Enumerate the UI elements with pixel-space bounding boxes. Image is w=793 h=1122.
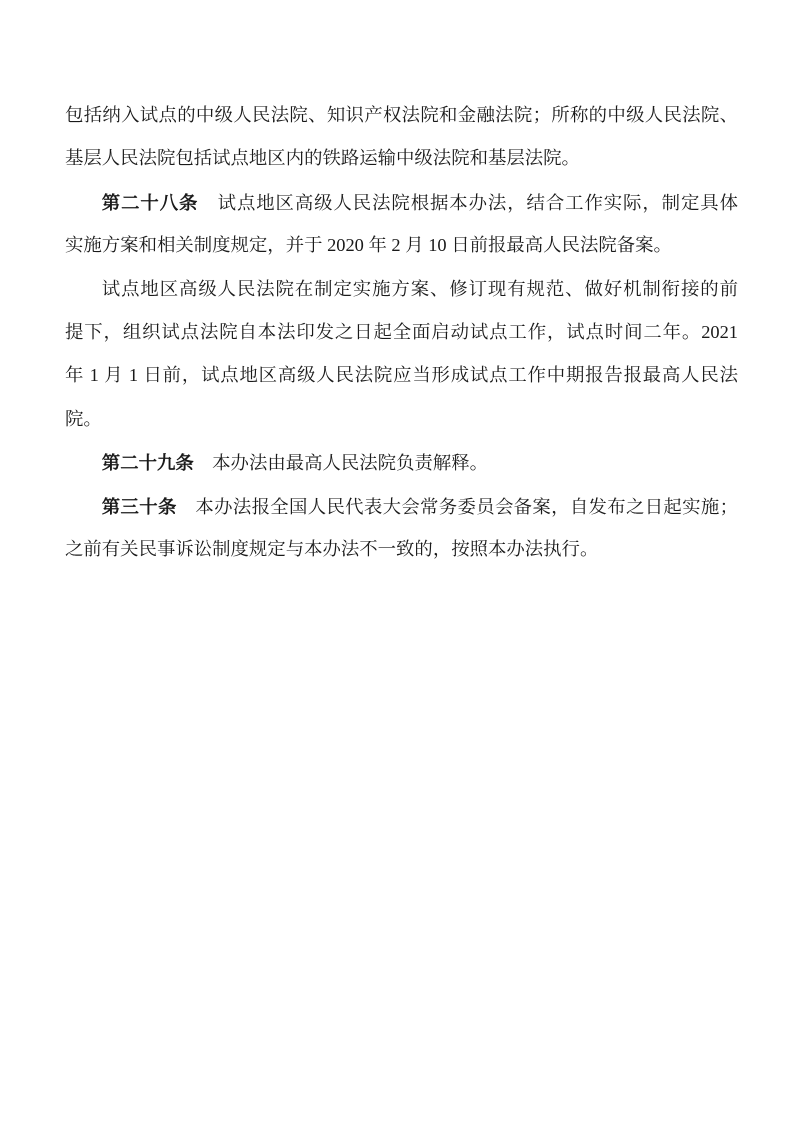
article-number: 第二十九条 (102, 452, 194, 473)
line-text: 实施方案和相关制度规定，并于 2020 年 2 月 10 日前报最高人民法院备案… (65, 235, 672, 255)
line-text: 包括纳入试点的中级人民法院、知识产权法院和金融法院；所称的中级人民法院、 (65, 105, 738, 125)
text-line: 基层人民法院包括试点地区内的铁路运输中级法院和基层法院。 (65, 137, 738, 180)
line-text: 院。 (65, 409, 102, 429)
article-30-paragraph: 第三十条 本办法报全国人民代表大会常务委员会备案，自发布之日起实施；之前有关民事… (65, 485, 738, 572)
text-line: 第二十八条 试点地区高级人民法院根据本办法，结合工作实际，制定具体 (65, 181, 738, 224)
text-line: 院。 (65, 398, 738, 441)
text-line: 提下，组织试点法院自本法印发之日起全面启动试点工作，试点时间二年。2021 (65, 311, 738, 354)
article-number: 第三十条 (102, 496, 177, 517)
text-line: 实施方案和相关制度规定，并于 2020 年 2 月 10 日前报最高人民法院备案… (65, 224, 738, 267)
article-28-second-paragraph: 试点地区高级人民法院在制定实施方案、修订现有规范、做好机制衔接的前提下，组织试点… (65, 268, 738, 442)
line-text: 提下，组织试点法院自本法印发之日起全面启动试点工作，试点时间二年。2021 (65, 322, 738, 342)
article-28-paragraph: 第二十八条 试点地区高级人民法院根据本办法，结合工作实际，制定具体实施方案和相关… (65, 181, 738, 268)
article-29-paragraph: 第二十九条 本办法由最高人民法院负责解释。 (65, 441, 738, 484)
line-text: 本办法由最高人民法院负责解释。 (194, 453, 488, 473)
line-text: 之前有关民事诉讼制度规定与本办法不一致的，按照本办法执行。 (65, 539, 598, 559)
text-line: 之前有关民事诉讼制度规定与本办法不一致的，按照本办法执行。 (65, 528, 738, 571)
line-text: 本办法报全国人民代表大会常务委员会备案，自发布之日起实施； (177, 497, 738, 517)
continuation-paragraph: 包括纳入试点的中级人民法院、知识产权法院和金融法院；所称的中级人民法院、基层人民… (65, 94, 738, 181)
text-line: 包括纳入试点的中级人民法院、知识产权法院和金融法院；所称的中级人民法院、 (65, 94, 738, 137)
text-line: 试点地区高级人民法院在制定实施方案、修订现有规范、做好机制衔接的前 (65, 268, 738, 311)
text-line: 第三十条 本办法报全国人民代表大会常务委员会备案，自发布之日起实施； (65, 485, 738, 528)
line-text: 试点地区高级人民法院在制定实施方案、修订现有规范、做好机制衔接的前 (102, 279, 738, 299)
article-number: 第二十八条 (102, 192, 199, 213)
document-page: 包括纳入试点的中级人民法院、知识产权法院和金融法院；所称的中级人民法院、基层人民… (0, 0, 793, 1122)
text-line: 年 1 月 1 日前，试点地区高级人民法院应当形成试点工作中期报告报最高人民法 (65, 354, 738, 397)
line-text: 年 1 月 1 日前，试点地区高级人民法院应当形成试点工作中期报告报最高人民法 (65, 365, 738, 385)
text-line: 第二十九条 本办法由最高人民法院负责解释。 (65, 441, 738, 484)
line-text: 试点地区高级人民法院根据本办法，结合工作实际，制定具体 (198, 193, 738, 213)
line-text: 基层人民法院包括试点地区内的铁路运输中级法院和基层法院。 (65, 148, 580, 168)
document-body: 包括纳入试点的中级人民法院、知识产权法院和金融法院；所称的中级人民法院、基层人民… (65, 94, 738, 571)
